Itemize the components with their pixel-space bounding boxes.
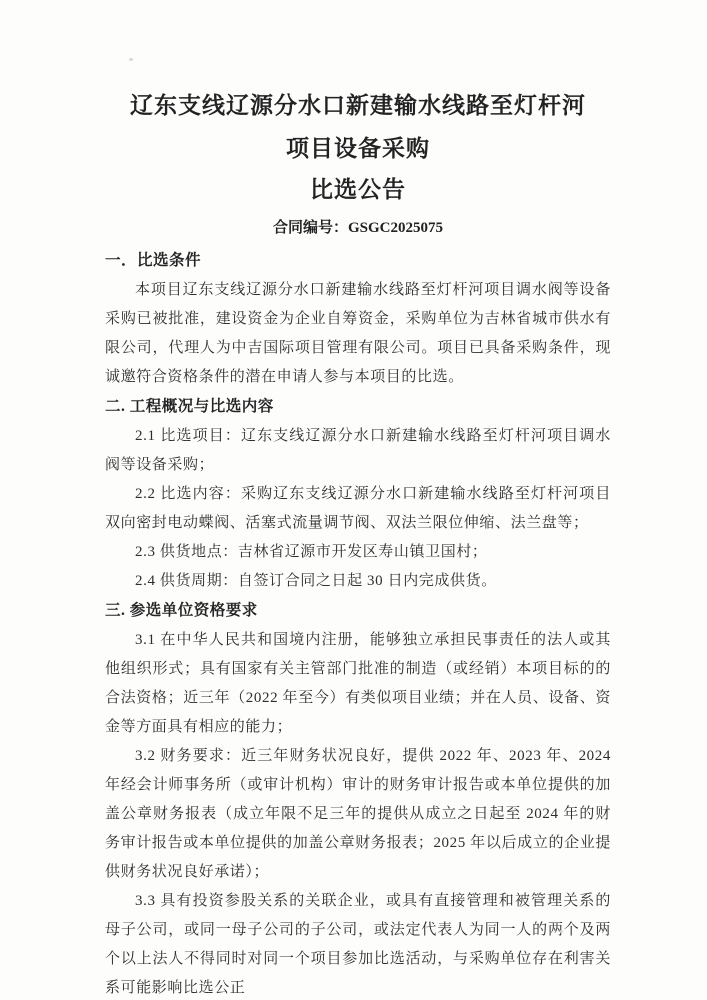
section-2-paragraph-3: 2.3 供货地点：吉林省辽源市开发区寿山镇卫国村； bbox=[105, 538, 611, 567]
section-3-paragraph-2: 3.2 财务要求：近三年财务状况良好，提供 2022 年、2023 年、2024… bbox=[105, 742, 611, 887]
document-title-line-3: 比选公告 bbox=[105, 170, 611, 210]
document-title-line-1: 辽东支线辽源分水口新建输水线路至灯杆河 bbox=[105, 84, 611, 128]
contract-number: 合同编号：GSGC2025075 bbox=[105, 210, 611, 246]
section-2-paragraph-2: 2.2 比选内容：采购辽东支线辽源分水口新建输水线路至灯杆河项目双向密封电动蝶阀… bbox=[105, 480, 611, 538]
scan-speckle bbox=[129, 58, 133, 61]
section-3-paragraph-1: 3.1 在中华人民共和国境内注册，能够独立承担民事责任的法人或其他组织形式；具有… bbox=[105, 626, 611, 742]
section-2-heading: 二. 工程概况与比选内容 bbox=[105, 392, 611, 422]
document-title-line-2: 项目设备采购 bbox=[105, 128, 611, 170]
section-3-paragraph-3: 3.3 具有投资参股关系的关联企业，或具有直接管理和被管理关系的母子公司，或同一… bbox=[105, 887, 611, 1000]
document-page: 辽东支线辽源分水口新建输水线路至灯杆河 项目设备采购 比选公告 合同编号：GSG… bbox=[0, 0, 707, 1000]
section-qualification-requirements: 三. 参选单位资格要求 3.1 在中华人民共和国境内注册，能够独立承担民事责任的… bbox=[105, 596, 611, 1000]
section-1-paragraph-1: 本项目辽东支线辽源分水口新建输水线路至灯杆河项目调水阀等设备采购已被批准，建设资… bbox=[105, 276, 611, 392]
section-project-overview: 二. 工程概况与比选内容 2.1 比选项目：辽东支线辽源分水口新建输水线路至灯杆… bbox=[105, 392, 611, 596]
section-2-paragraph-4: 2.4 供货周期：自签订合同之日起 30 日内完成供货。 bbox=[105, 567, 611, 596]
section-2-paragraph-1: 2.1 比选项目：辽东支线辽源分水口新建输水线路至灯杆河项目调水阀等设备采购； bbox=[105, 422, 611, 480]
section-bidding-conditions: 一．比选条件 本项目辽东支线辽源分水口新建输水线路至灯杆河项目调水阀等设备采购已… bbox=[105, 246, 611, 392]
scan-speckle bbox=[560, 930, 563, 933]
section-3-heading: 三. 参选单位资格要求 bbox=[105, 596, 611, 626]
section-1-heading: 一．比选条件 bbox=[105, 246, 611, 276]
